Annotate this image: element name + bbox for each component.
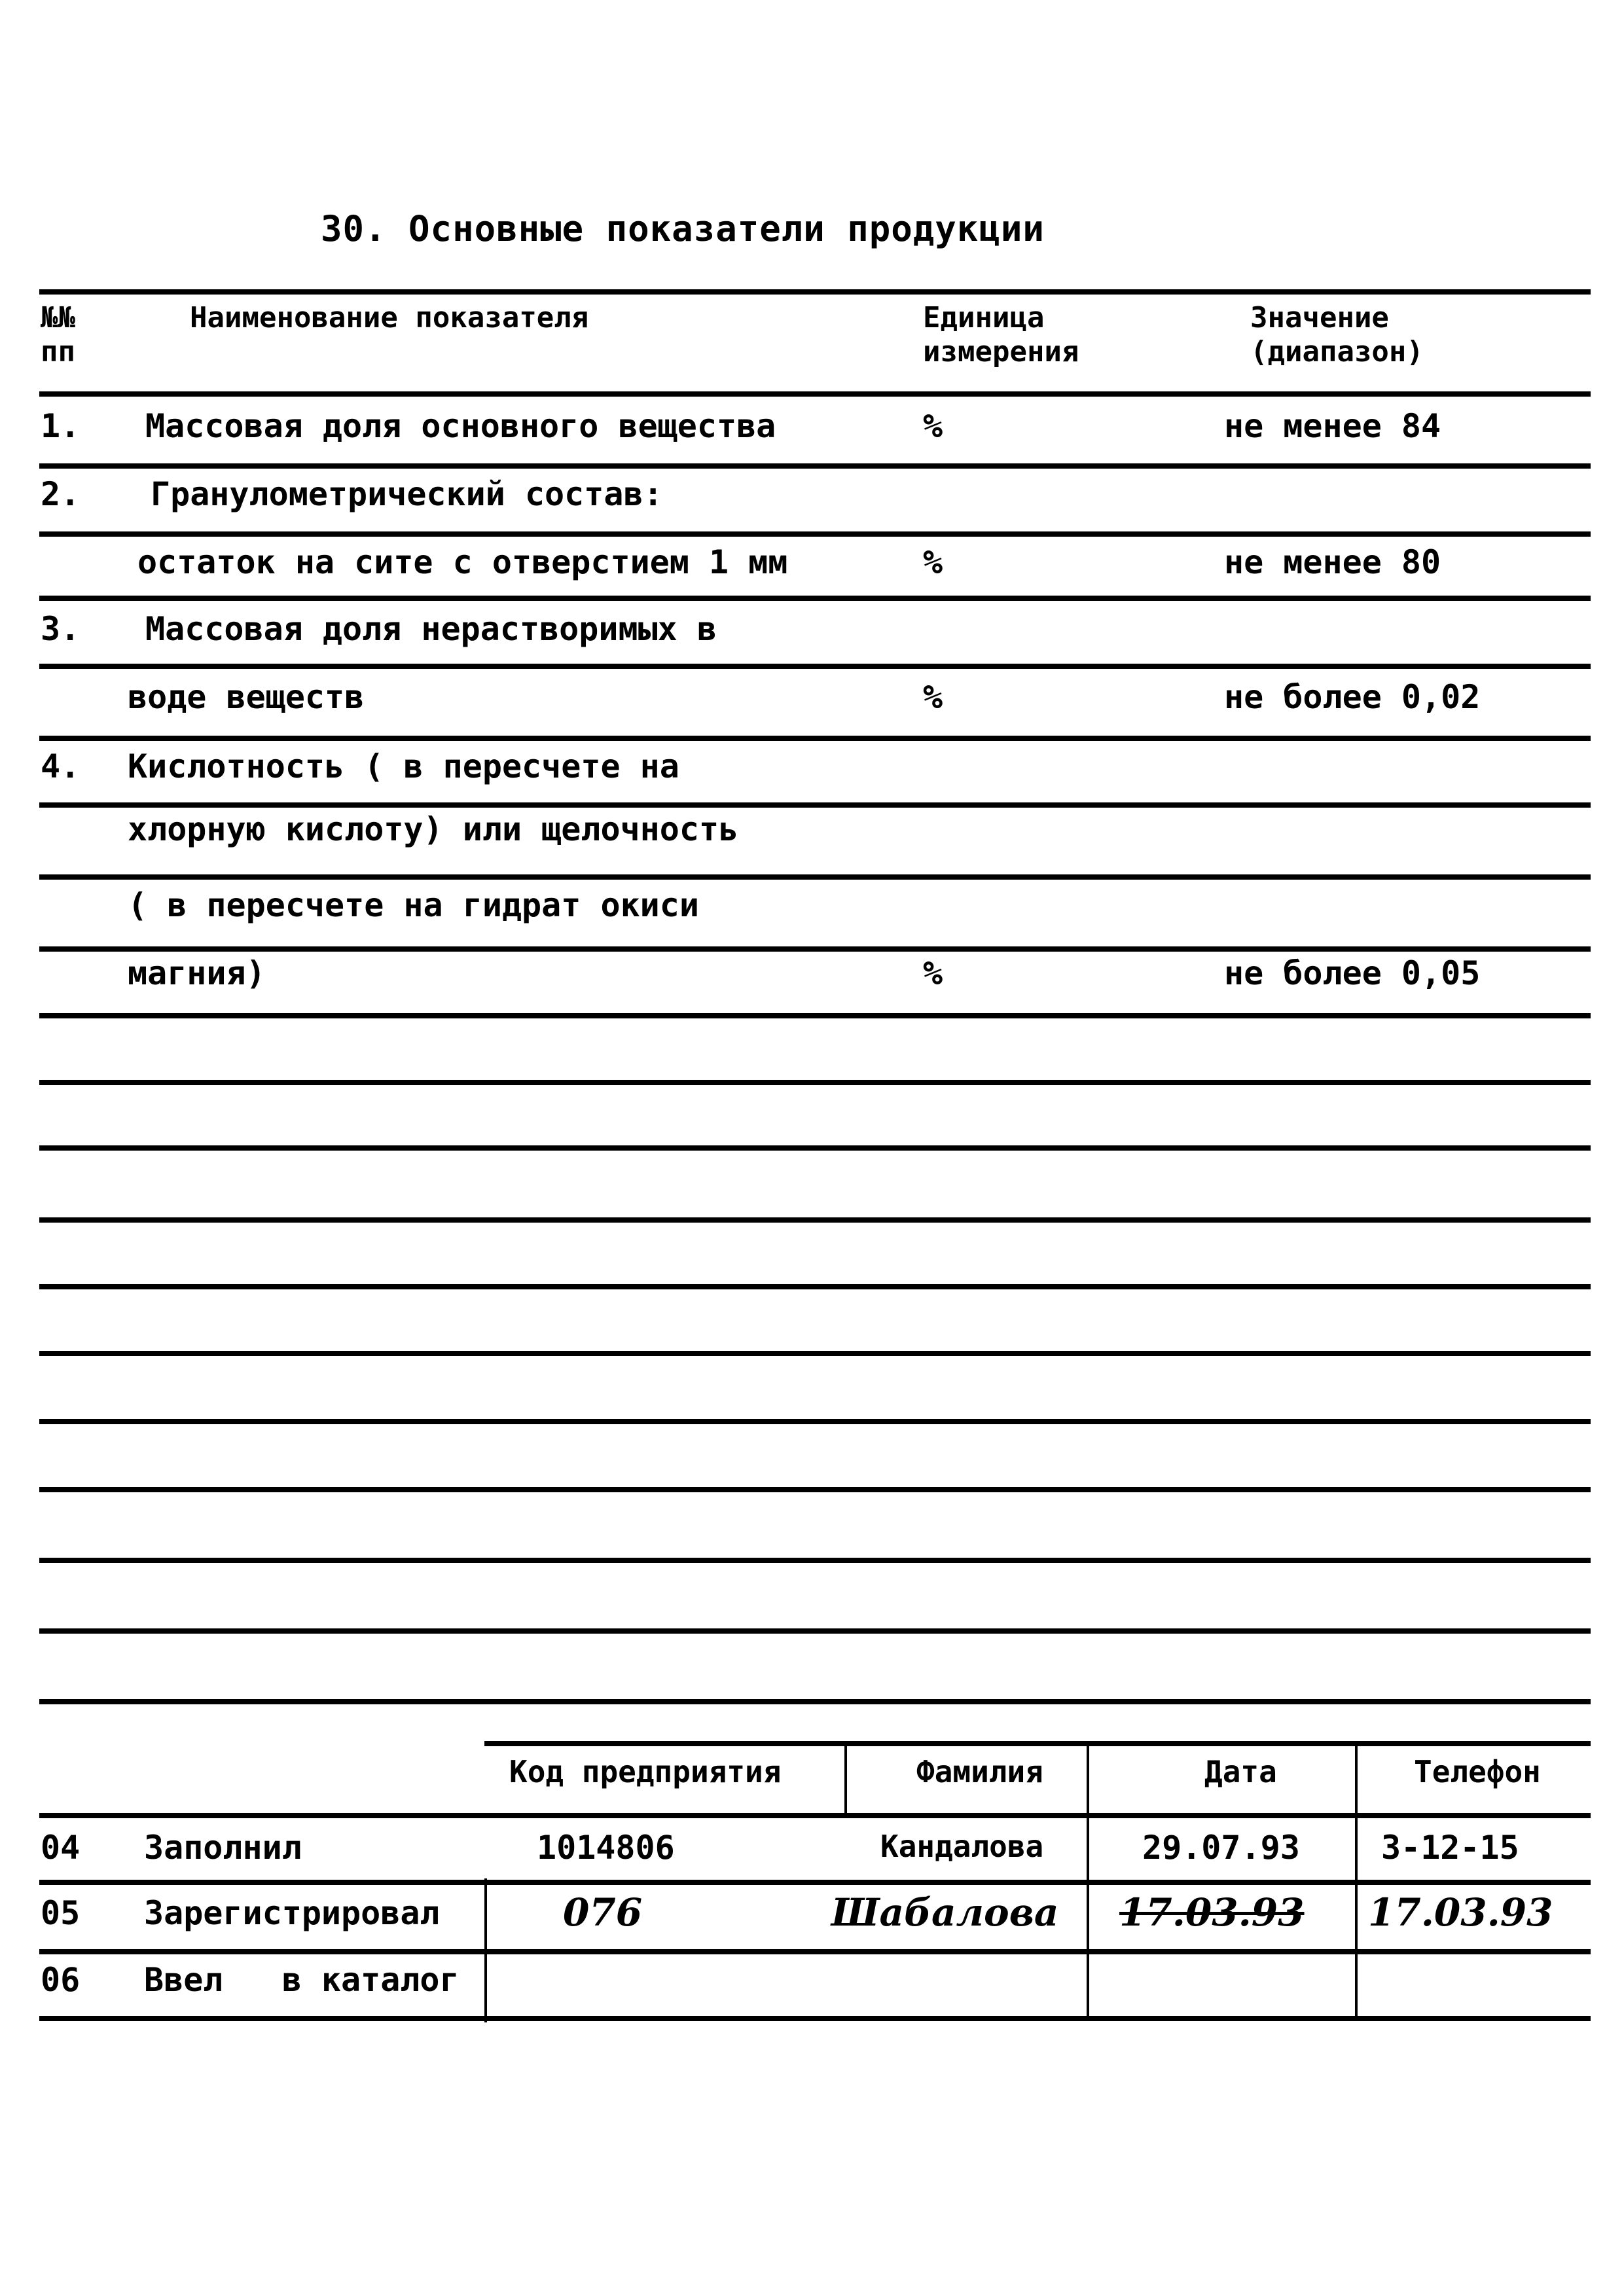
header-bottom-rule: [39, 391, 1591, 397]
footer-rule: [39, 1880, 1591, 1885]
footer-row-05-label: Зарегистрировал: [144, 1894, 440, 1932]
row-3b-value: не более 0,02: [1224, 678, 1480, 716]
footer-row-05-surname: Шабалова: [831, 1890, 1058, 1935]
row-rule: [39, 463, 1591, 469]
footer-row-05-num: 05: [41, 1894, 80, 1932]
row-1-name: Массовая доля основного вещества: [145, 407, 776, 445]
footer-row-04-code: 1014806: [537, 1829, 675, 1867]
empty-rule: [39, 1080, 1591, 1085]
header-num: №№ пп: [41, 301, 75, 369]
row-2b-unit: %: [923, 543, 943, 581]
footer-row-05-code: 076: [563, 1890, 642, 1935]
row-2-name: Гранулометрический состав:: [151, 475, 663, 513]
empty-rule: [39, 1419, 1591, 1424]
footer-rule: [39, 1949, 1591, 1954]
row-4d-name: магния): [128, 954, 266, 992]
footer-header-phone: Телефон: [1414, 1754, 1541, 1789]
empty-rule: [39, 1558, 1591, 1563]
footer-top-rule: [484, 1741, 1591, 1746]
footer-header-code: Код предприятия: [509, 1754, 781, 1789]
footer-row-06-label: Ввел в каталог: [144, 1961, 460, 1999]
footer-row-04-date: 29.07.93: [1142, 1829, 1300, 1867]
row-2-num: 2.: [41, 475, 80, 513]
row-3b-unit: %: [923, 678, 943, 716]
row-rule: [39, 531, 1591, 537]
row-4-name: Кислотность ( в пересчете на: [128, 747, 679, 785]
header-name: Наименование показателя: [190, 301, 588, 335]
empty-rule: [39, 1487, 1591, 1492]
row-rule: [39, 1013, 1591, 1018]
row-4d-value: не более 0,05: [1224, 954, 1480, 992]
empty-rule: [39, 1628, 1591, 1634]
empty-rule: [39, 1699, 1591, 1704]
row-rule: [39, 946, 1591, 952]
section-title: 30. Основные показатели продукции: [321, 208, 1045, 249]
empty-rule: [39, 1217, 1591, 1223]
row-2b-name: остаток на сите с отверстием 1 мм: [137, 543, 787, 581]
row-rule: [39, 874, 1591, 880]
table-top-rule: [39, 289, 1591, 295]
empty-rule: [39, 1145, 1591, 1151]
footer-row-04-phone: 3-12-15: [1381, 1829, 1519, 1867]
empty-rule: [39, 1351, 1591, 1356]
row-1-num: 1.: [41, 407, 80, 445]
empty-rule: [39, 1284, 1591, 1289]
row-rule: [39, 736, 1591, 741]
footer-row-05-date: 17.03.93: [1119, 1890, 1305, 1935]
row-4d-unit: %: [923, 954, 943, 992]
footer-bottom-rule: [39, 2016, 1591, 2021]
row-4b-name: хлорную кислоту) или щелочность: [128, 810, 738, 848]
row-4c-name: ( в пересчете на гидрат окиси: [128, 886, 699, 924]
header-unit: Единица измерения: [923, 301, 1079, 369]
footer-row-04-num: 04: [41, 1829, 80, 1867]
row-3-num: 3.: [41, 610, 80, 648]
row-rule: [39, 802, 1591, 808]
row-1-value: не менее 84: [1224, 407, 1441, 445]
row-rule: [39, 664, 1591, 669]
footer-rule: [39, 1813, 1591, 1818]
footer-header-date: Дата: [1204, 1754, 1277, 1789]
row-3-name: Массовая доля нерастворимых в: [145, 610, 717, 648]
footer-row-04-surname: Кандалова: [880, 1829, 1043, 1864]
footer-row-04-label: Заполнил: [144, 1829, 302, 1867]
row-1-unit: %: [923, 407, 943, 445]
row-3b-name: воде веществ: [128, 678, 364, 716]
row-4-num: 4.: [41, 747, 80, 785]
footer-col-divider: [844, 1746, 847, 1818]
row-2b-value: не менее 80: [1224, 543, 1441, 581]
footer-row-05-phone: 17.03.93: [1368, 1890, 1553, 1935]
footer-row-06-num: 06: [41, 1961, 80, 1999]
footer-header-surname: Фамилия: [916, 1754, 1043, 1789]
row-rule: [39, 596, 1591, 601]
header-value: Значение (диапазон): [1250, 301, 1424, 369]
